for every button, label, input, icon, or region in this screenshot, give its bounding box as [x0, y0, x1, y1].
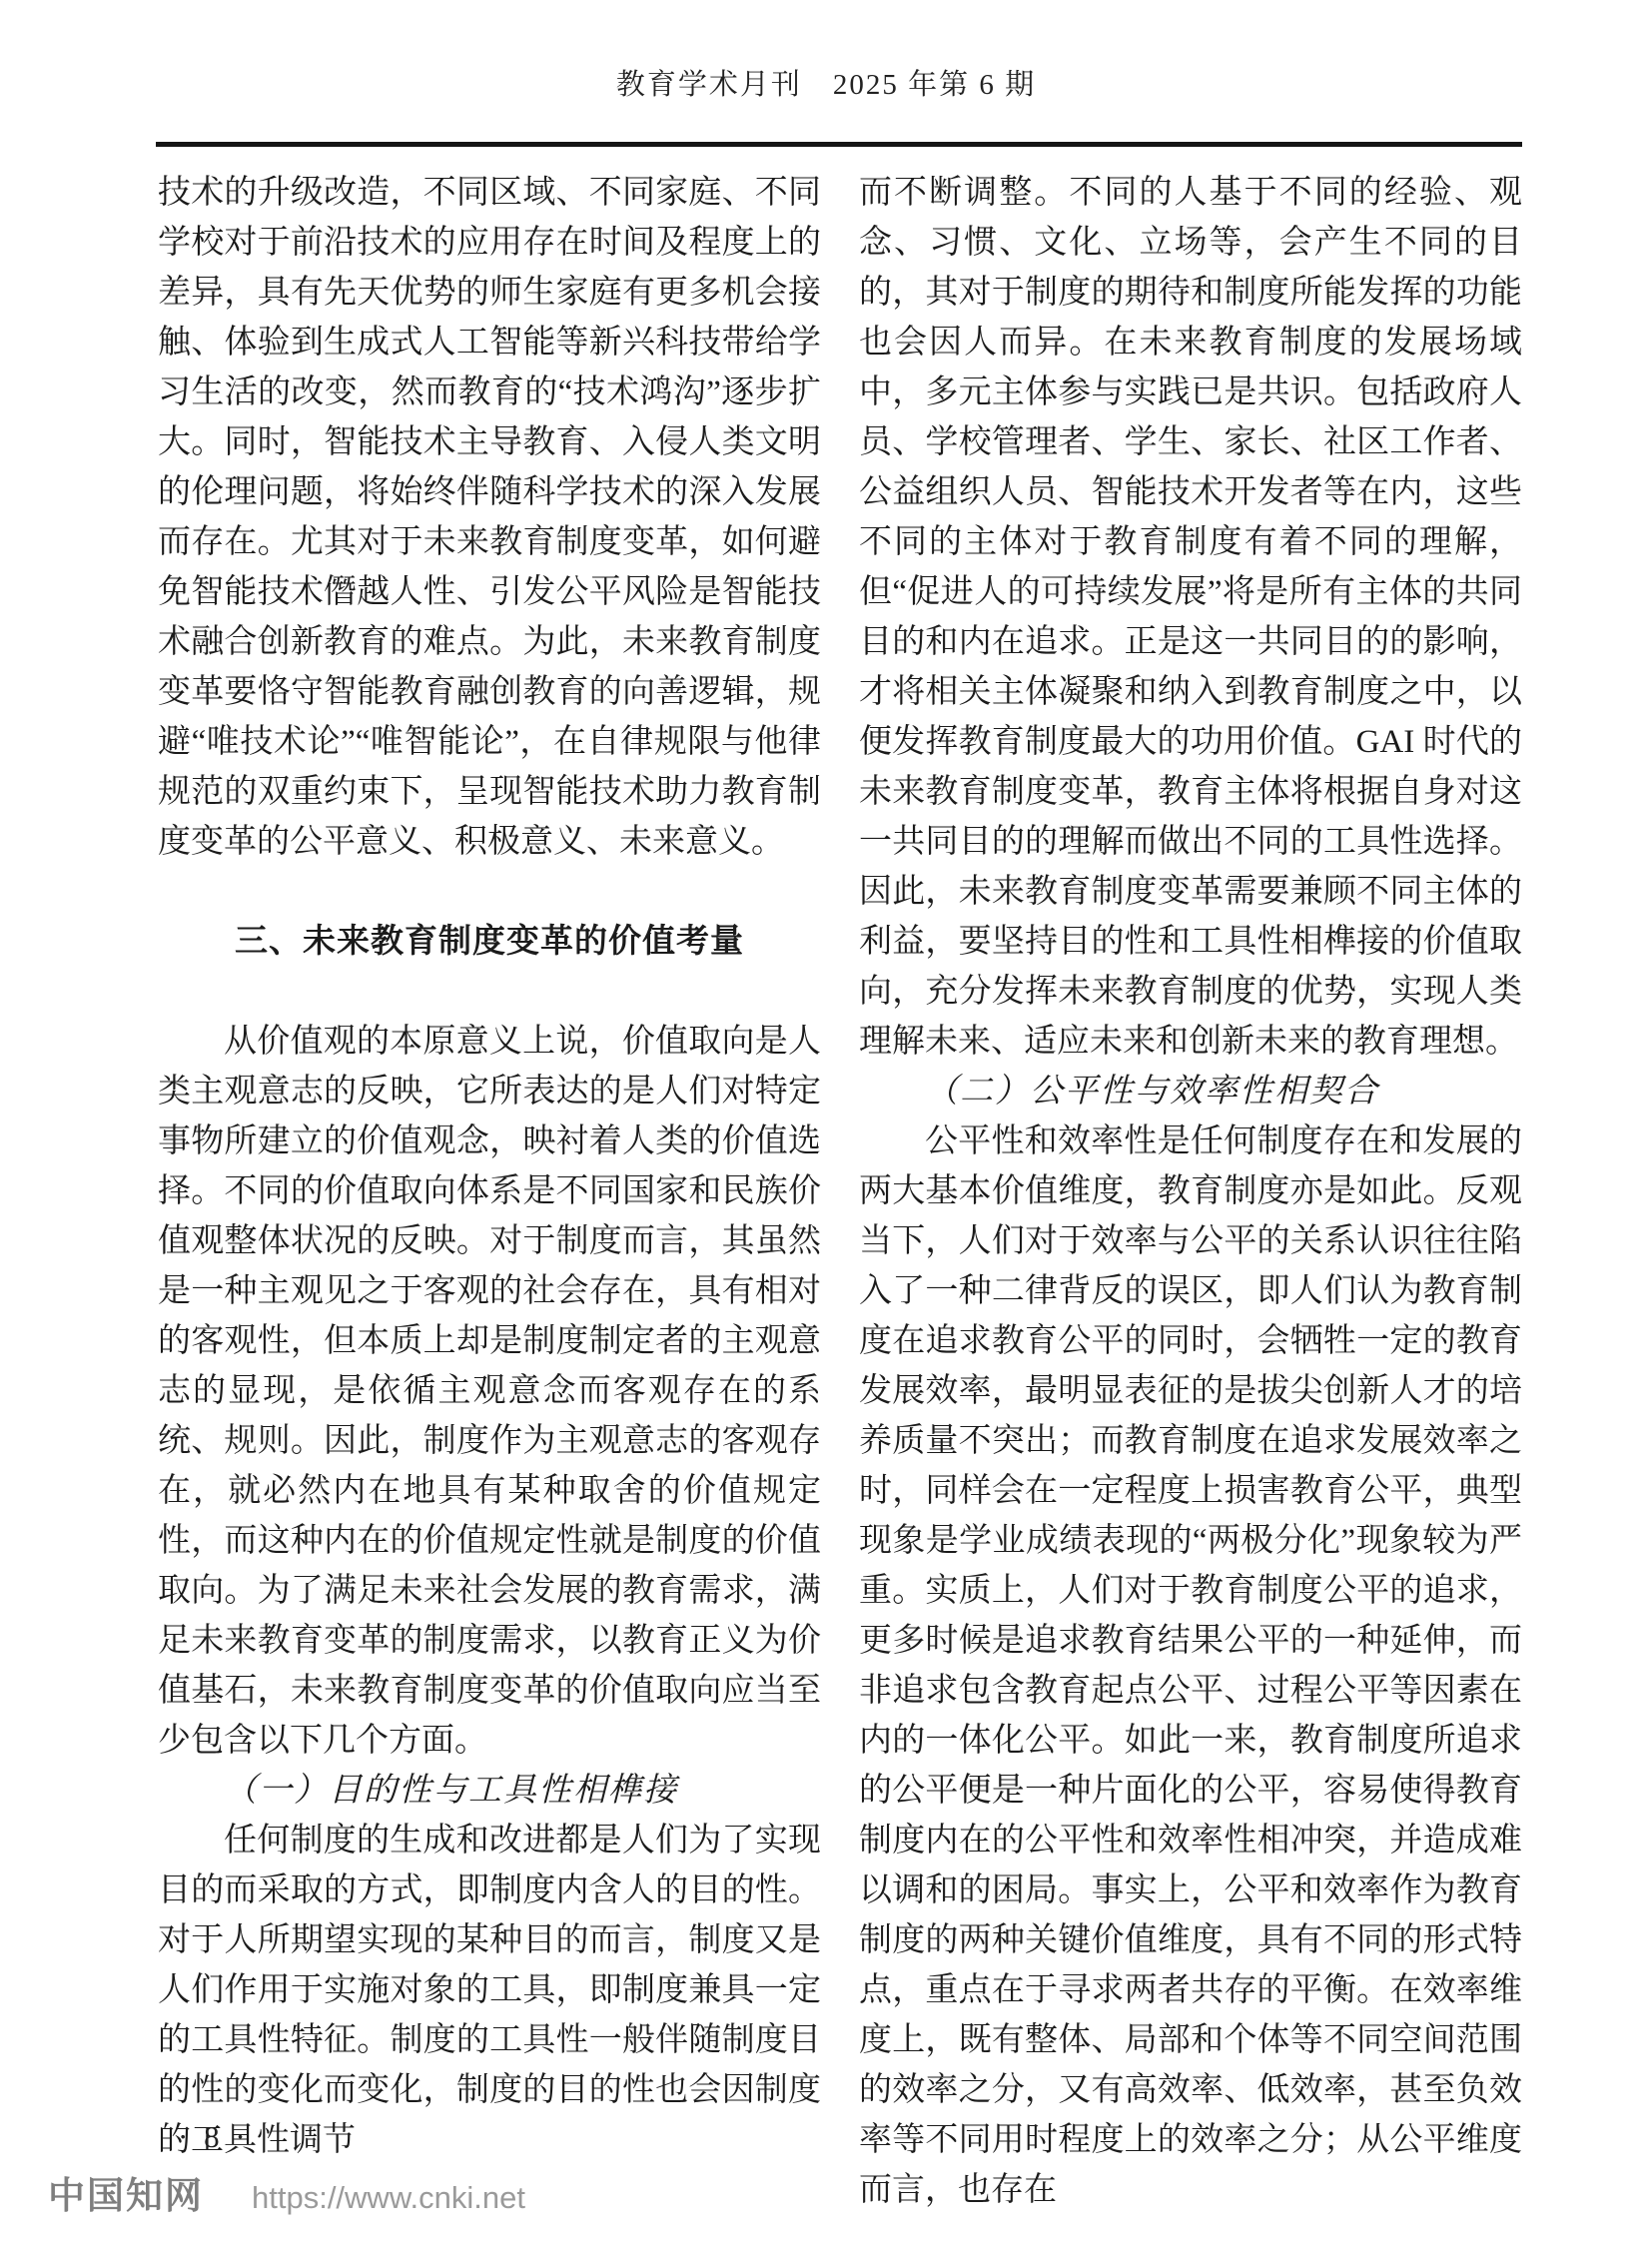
subheading-fairness-efficiency: （二）公平性与效率性相契合	[859, 1067, 1522, 1117]
paragraph-values: 从价值观的本原意义上说，价值取向是人类主观意志的反映，它所表达的是人们对特定事物…	[158, 1017, 821, 1766]
paragraph-purpose-tool: 任何制度的生成和改进都是人们为了实现目的而采取的方式，即制度内含人的目的性。对于…	[158, 1816, 821, 2165]
page-number: · 8 ·	[178, 2119, 250, 2155]
cnki-watermark-url: https://www.cnki.net	[252, 2180, 525, 2216]
cnki-watermark: 中国知网 https://www.cnki.net	[48, 2165, 525, 2219]
header-rule-divider	[156, 142, 1522, 147]
paragraph-fairness-efficiency: 公平性和效率性是任何制度存在和发展的两大基本价值维度，教育制度亦是如此。反观当下…	[859, 1117, 1522, 2215]
left-column: 技术的升级改造，不同区域、不同家庭、不同学校对于前沿技术的应用存在时间及程度上的…	[158, 168, 821, 2215]
journal-header-line: 教育学术月刊 2025 年第 6 期	[0, 62, 1652, 103]
paragraph-continuation-technology: 技术的升级改造，不同区域、不同家庭、不同学校对于前沿技术的应用存在时间及程度上的…	[158, 168, 821, 867]
page-body: 技术的升级改造，不同区域、不同家庭、不同学校对于前沿技术的应用存在时间及程度上的…	[158, 168, 1522, 2215]
cnki-watermark-brand: 中国知网	[48, 2165, 204, 2219]
subheading-purpose-tool: （一）目的性与工具性相榫接	[158, 1766, 821, 1816]
paragraph-continuation-adjustment: 而不断调整。不同的人基于不同的经验、观念、习惯、文化、立场等，会产生不同的目的，…	[859, 168, 1522, 1067]
section-heading-value-considerations: 三、未来教育制度变革的价值考量	[158, 917, 821, 967]
right-column: 而不断调整。不同的人基于不同的经验、观念、习惯、文化、立场等，会产生不同的目的，…	[859, 168, 1522, 2215]
